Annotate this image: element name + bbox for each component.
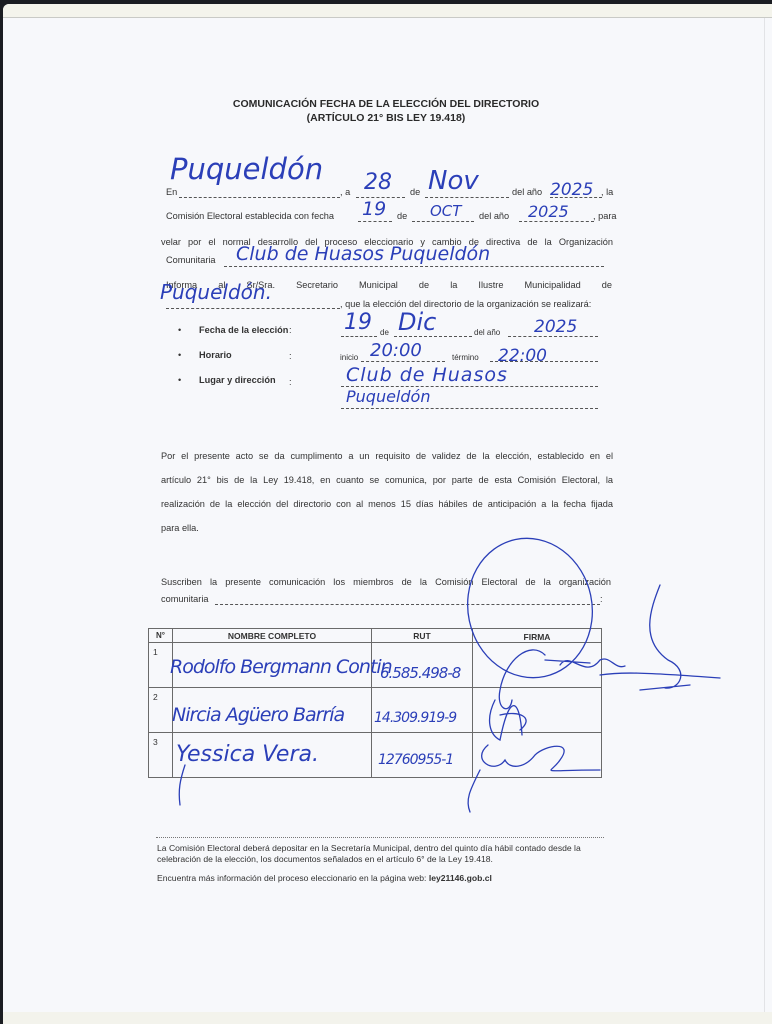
stamp-circle: [455, 527, 605, 690]
signature-3: [482, 745, 600, 771]
signatures-drawing: [0, 0, 772, 1024]
website-link[interactable]: ley21146.gob.cl: [429, 873, 492, 883]
signature-2: [490, 700, 527, 740]
footer-line-3: Encuentra más información del proceso el…: [157, 873, 492, 883]
footer-line-2: celebración de la elección, los document…: [157, 854, 493, 864]
signature-1: [499, 650, 545, 709]
footer-line-1: La Comisión Electoral deberá depositar e…: [157, 843, 581, 853]
footer-divider: [156, 837, 604, 838]
